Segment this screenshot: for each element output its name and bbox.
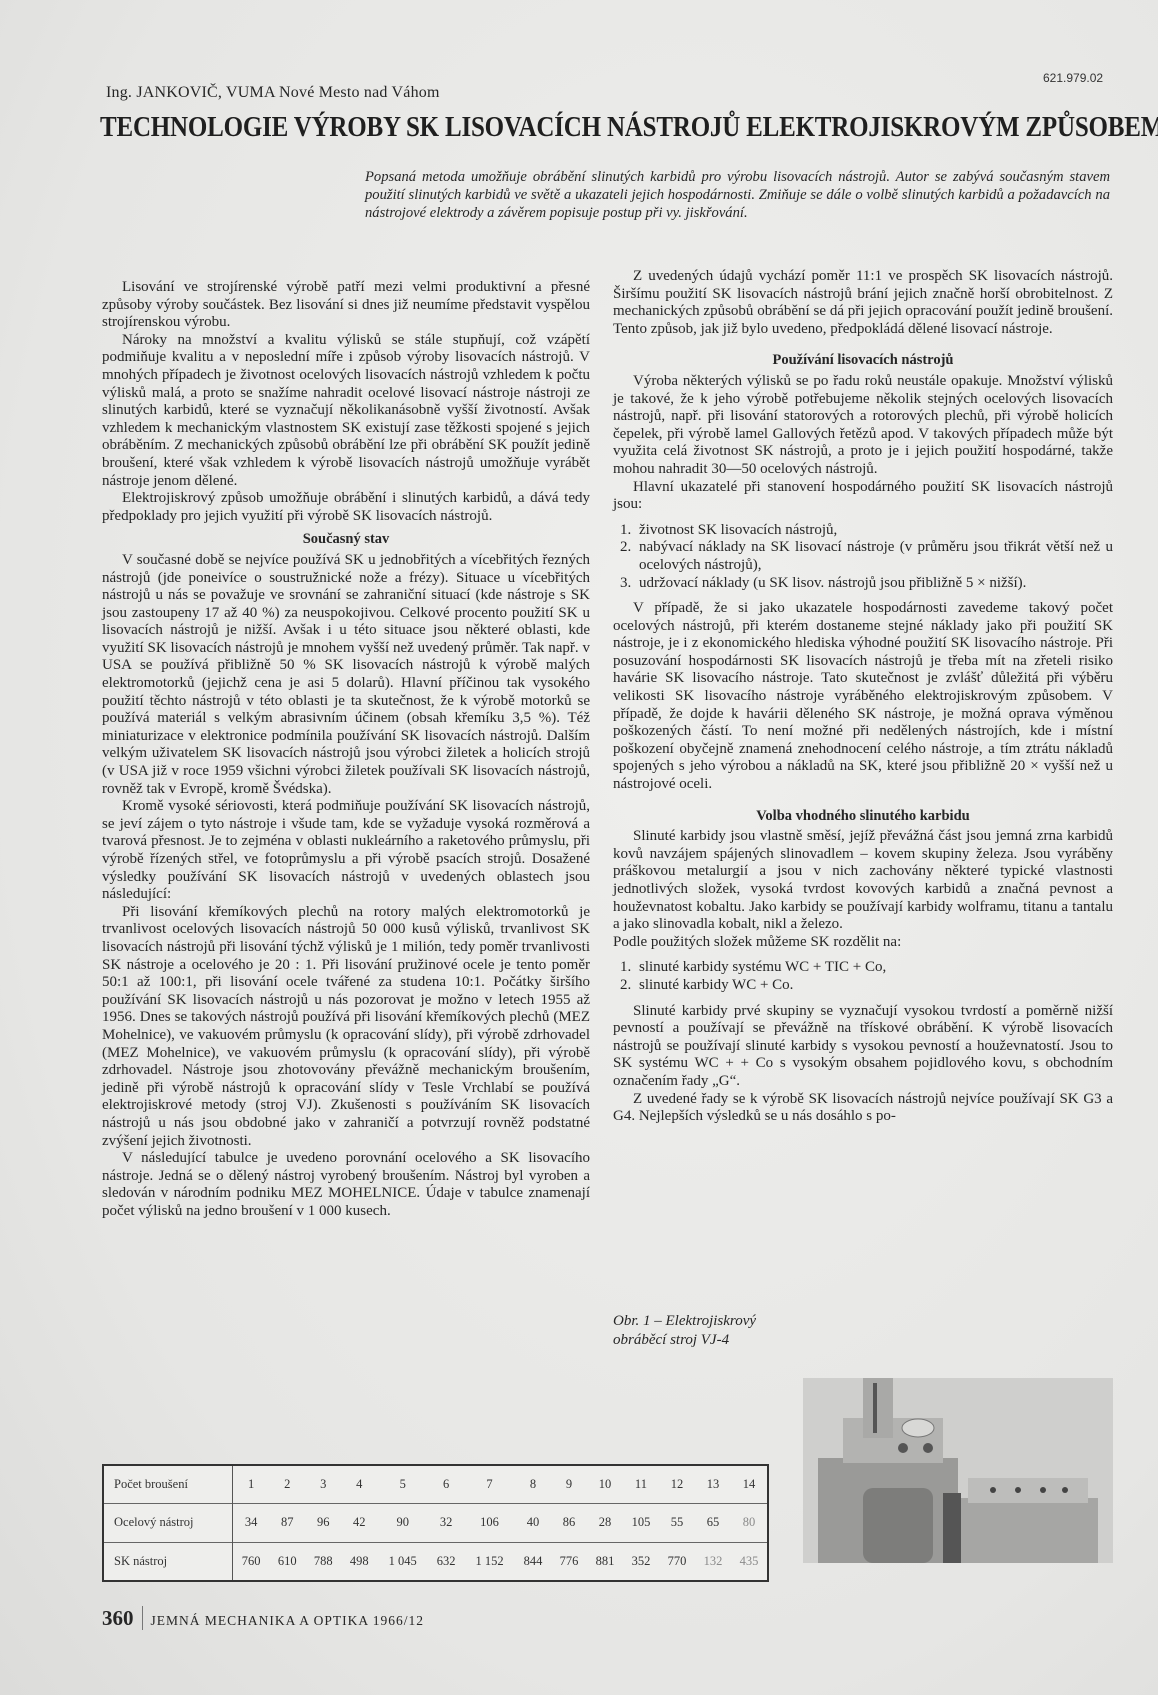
paragraph: Výroba některých výlisků se po řadu roků… xyxy=(613,373,1113,479)
table-cell: 4 xyxy=(341,1466,377,1504)
table-cell: 770 xyxy=(659,1542,695,1580)
table-cell: 106 xyxy=(464,1504,515,1543)
table-cell: 65 xyxy=(695,1504,731,1543)
table-cell: 6 xyxy=(428,1466,464,1504)
table-cell: 96 xyxy=(305,1504,341,1543)
page-number: 360 xyxy=(102,1606,134,1630)
journal-name: JEMNÁ MECHANIKA A OPTIKA 1966/12 xyxy=(151,1613,425,1628)
table-cell: 55 xyxy=(659,1504,695,1543)
table-cell: 844 xyxy=(515,1542,551,1580)
table-cell: 12 xyxy=(659,1466,695,1504)
paragraph: Elektrojiskrový způsob umožňuje obrábění… xyxy=(102,490,590,525)
table-cell: 90 xyxy=(377,1504,428,1543)
paragraph: V případě, že si jako ukazatele hospodár… xyxy=(613,600,1113,794)
table-cell: 352 xyxy=(623,1542,659,1580)
list-item: životnost SK lisovacích nástrojů, xyxy=(635,522,1113,540)
paragraph: Podle použitých složek můžeme SK rozděli… xyxy=(613,934,1113,952)
table-cell: 105 xyxy=(623,1504,659,1543)
carbide-types-list: slinuté karbidy systému WC + TIC + Co, s… xyxy=(613,959,1113,994)
paragraph: Nároky na množství a kvalitu výlisků se … xyxy=(102,332,590,490)
table-cell: 788 xyxy=(305,1542,341,1580)
paragraph: Lisování ve strojírenské výrobě patří me… xyxy=(102,279,590,332)
table-cell: 11 xyxy=(623,1466,659,1504)
section-heading-current-state: Současný stav xyxy=(102,531,590,549)
table-cell: 881 xyxy=(587,1542,623,1580)
paragraph: Z uvedených údajů vychází poměr 11:1 ve … xyxy=(613,268,1113,338)
abstract: Popsaná metoda umožňuje obrábění slinutý… xyxy=(365,168,1110,222)
paragraph: V následující tabulce je uvedeno porovná… xyxy=(102,1150,590,1220)
udc-classification: 621.979.02 xyxy=(1043,71,1103,85)
table-cell: 13 xyxy=(695,1466,731,1504)
table-row: Počet broušení 1 2 3 4 5 6 7 8 9 10 11 1… xyxy=(104,1466,767,1504)
list-item: slinuté karbidy systému WC + TIC + Co, xyxy=(635,959,1113,977)
machine-photo xyxy=(803,1378,1113,1563)
edm-machine-image xyxy=(803,1378,1113,1563)
table-cell: 1 xyxy=(233,1466,270,1504)
paragraph: Z uvedené řady se k výrobě SK lisovacích… xyxy=(613,1091,1113,1126)
comparison-table: Počet broušení 1 2 3 4 5 6 7 8 9 10 11 1… xyxy=(102,1464,769,1582)
table-cell: 34 xyxy=(233,1504,270,1543)
table-cell: 435 xyxy=(731,1542,767,1580)
table-cell: 7 xyxy=(464,1466,515,1504)
row-header: SK nástroj xyxy=(104,1542,233,1580)
table-cell: 28 xyxy=(587,1504,623,1543)
table-cell: 760 xyxy=(233,1542,270,1580)
table-cell: 42 xyxy=(341,1504,377,1543)
table-cell: 498 xyxy=(341,1542,377,1580)
left-column: Lisování ve strojírenské výrobě patří me… xyxy=(102,279,590,1220)
paragraph: Hlavní ukazatelé při stanovení hospodárn… xyxy=(613,479,1113,514)
table-row: SK nástroj 760 610 788 498 1 045 632 1 1… xyxy=(104,1542,767,1580)
table-cell: 1 045 xyxy=(377,1542,428,1580)
table-cell: 132 xyxy=(695,1542,731,1580)
row-header: Počet broušení xyxy=(104,1466,233,1504)
page-footer: 360JEMNÁ MECHANIKA A OPTIKA 1966/12 xyxy=(102,1606,424,1631)
table-cell: 80 xyxy=(731,1504,767,1543)
table-cell: 14 xyxy=(731,1466,767,1504)
figure-caption: Obr. 1 – Elektrojiskrový obráběcí stroj … xyxy=(613,1312,793,1350)
table-cell: 776 xyxy=(551,1542,587,1580)
right-column: Z uvedených údajů vychází poměr 11:1 ve … xyxy=(613,268,1113,1126)
table-cell: 8 xyxy=(515,1466,551,1504)
table-cell: 86 xyxy=(551,1504,587,1543)
economic-indicators-list: životnost SK lisovacích nástrojů, nabýva… xyxy=(613,522,1113,592)
section-heading-tool-usage: Používání lisovacích nástrojů xyxy=(613,352,1113,370)
table-cell: 610 xyxy=(269,1542,305,1580)
table-cell: 40 xyxy=(515,1504,551,1543)
author-line: Ing. JANKOVIČ, VUMA Nové Mesto nad Váhom xyxy=(106,84,440,102)
list-item: slinuté karbidy WC + Co. xyxy=(635,977,1113,995)
journal-page: Ing. JANKOVIČ, VUMA Nové Mesto nad Váhom… xyxy=(0,0,1158,1695)
list-item: nabývací náklady na SK lisovací nástroje… xyxy=(635,539,1113,574)
table-cell: 3 xyxy=(305,1466,341,1504)
paragraph: Při lisování křemíkových plechů na rotor… xyxy=(102,904,590,1150)
table-cell: 32 xyxy=(428,1504,464,1543)
article-title: TECHNOLOGIE VÝROBY SK LISOVACÍCH NÁSTROJ… xyxy=(100,112,1120,144)
paragraph: Kromě vysoké sériovosti, která podmiňuje… xyxy=(102,798,590,904)
paragraph: Slinuté karbidy prvé skupiny se vyznačuj… xyxy=(613,1003,1113,1091)
paragraph: Slinuté karbidy jsou vlastně směsí, její… xyxy=(613,828,1113,934)
list-item: udržovací náklady (u SK lisov. nástrojů … xyxy=(635,575,1113,593)
table-cell: 632 xyxy=(428,1542,464,1580)
section-heading-carbide-selection: Volba vhodného slinutého karbidu xyxy=(613,808,1113,826)
table-cell: 9 xyxy=(551,1466,587,1504)
row-header: Ocelový nástroj xyxy=(104,1504,233,1543)
table-cell: 10 xyxy=(587,1466,623,1504)
table-cell: 1 152 xyxy=(464,1542,515,1580)
footer-divider xyxy=(142,1606,143,1630)
table-row: Ocelový nástroj 34 87 96 42 90 32 106 40… xyxy=(104,1504,767,1543)
table-cell: 5 xyxy=(377,1466,428,1504)
table-cell: 2 xyxy=(269,1466,305,1504)
paragraph: V současné době se nejvíce používá SK u … xyxy=(102,552,590,798)
table-cell: 87 xyxy=(269,1504,305,1543)
